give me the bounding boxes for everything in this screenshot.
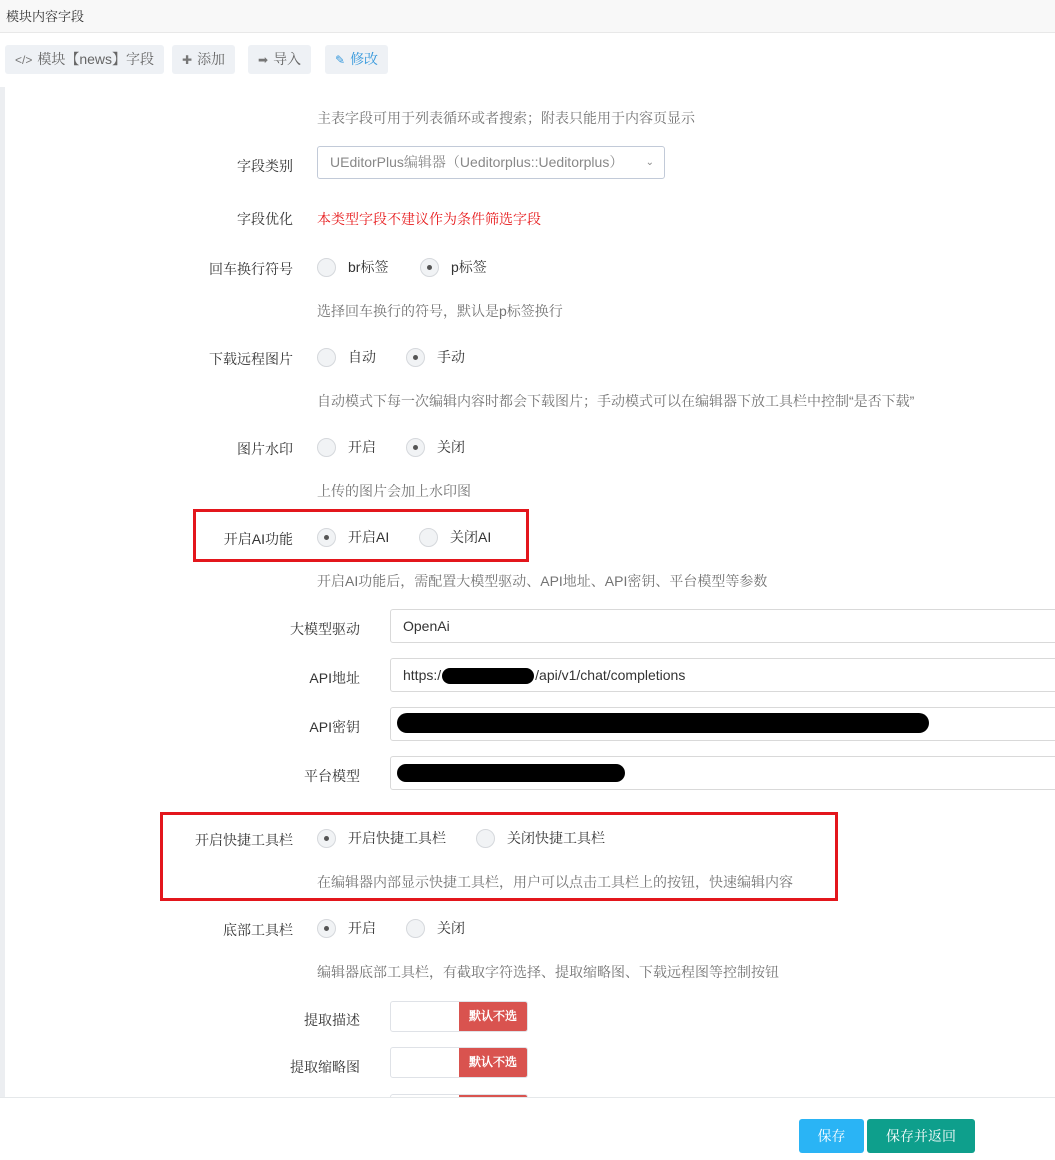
llm-driver-input[interactable]: OpenAi [390,609,1055,643]
ai-label: 开启AI功能 [224,529,293,549]
field-type-select[interactable]: UEditorPlus编辑器（Ueditorplus::Ueditorplus）… [317,146,665,179]
radio-checked-icon [406,438,425,457]
bottom-toolbar-label: 底部工具栏 [223,920,293,940]
quick-toolbar-label: 开启快捷工具栏 [195,830,293,850]
add-button[interactable]: ✚添加 [172,45,235,74]
extract-thumb-label: 提取缩略图 [290,1057,360,1077]
redaction-mark [397,713,929,733]
radio-circle-icon [419,528,438,547]
watermark-help: 上传的图片会加上水印图 [317,481,471,501]
api-url-input[interactable]: https://api/v1/chat/completions [390,658,1055,692]
field-opt-warning: 本类型字段不建议作为条件筛选字段 [317,209,541,229]
quick-toolbar-off-radio[interactable]: 关闭快捷工具栏 [476,828,605,848]
table-help-text: 主表字段可用于列表循环或者搜索；附表只能用于内容页显示 [317,108,695,128]
platform-model-label: 平台模型 [304,766,360,786]
save-button[interactable]: 保存 [799,1119,864,1153]
extract-desc-switch[interactable]: 默认不选 [390,1001,528,1032]
plus-icon: ✚ [182,46,192,75]
line-break-help: 选择回车换行的符号，默认是p标签换行 [317,301,563,321]
code-icon: </> [15,46,32,75]
redaction-mark [442,668,534,684]
watermark-on-radio[interactable]: 开启 [317,437,376,457]
remote-img-label: 下载远程图片 [209,349,293,369]
edit-icon: ✎ [335,46,345,75]
line-break-br-radio[interactable]: br标签 [317,257,388,277]
radio-circle-icon [406,919,425,938]
api-key-label: API密钥 [309,717,360,737]
toolbar: </>模块【news】字段 ✚添加 ➡导入 ✎修改 [0,33,1055,87]
radio-checked-icon [406,348,425,367]
radio-circle-icon [317,438,336,457]
form-footer: 保存 保存并返回 [0,1097,1055,1160]
radio-checked-icon [317,919,336,938]
quick-toolbar-help: 在编辑器内部显示快捷工具栏，用户可以点击工具栏上的按钮，快速编辑内容 [317,872,793,892]
ai-off-radio[interactable]: 关闭AI [419,527,491,547]
radio-checked-icon [317,528,336,547]
bottom-toolbar-help: 编辑器底部工具栏，有截取字符选择、提取缩略图、下载远程图等控制按钮 [317,962,779,982]
edit-button[interactable]: ✎修改 [325,45,388,74]
extract-thumb-switch[interactable]: 默认不选 [390,1047,528,1078]
remote-img-help: 自动模式下每一次编辑内容时都会下载图片；手动模式可以在编辑器下放工具栏中控制“是… [317,391,914,411]
radio-checked-icon [420,258,439,277]
radio-circle-icon [476,829,495,848]
watermark-label: 图片水印 [237,439,293,459]
ai-on-radio[interactable]: 开启AI [317,527,389,547]
line-break-label: 回车换行符号 [209,259,293,279]
bottom-toolbar-off-radio[interactable]: 关闭 [406,918,465,938]
remote-img-manual-radio[interactable]: 手动 [406,347,465,367]
bottom-toolbar-on-radio[interactable]: 开启 [317,918,376,938]
chevron-down-icon: ⌄ [646,147,654,178]
radio-circle-icon [317,258,336,277]
field-type-label: 字段类别 [237,156,293,176]
radio-checked-icon [317,829,336,848]
field-opt-label: 字段优化 [237,209,293,229]
api-url-label: API地址 [309,668,360,688]
module-fields-button[interactable]: </>模块【news】字段 [5,45,164,74]
form-content: 主表字段可用于列表循环或者搜索；附表只能用于内容页显示 字段类别 UEditor… [5,87,1055,1097]
page-title: 模块内容字段 [6,6,84,25]
import-button[interactable]: ➡导入 [248,45,311,74]
remote-img-auto-radio[interactable]: 自动 [317,347,376,367]
extract-desc-label: 提取描述 [304,1010,360,1030]
import-icon: ➡ [258,46,268,75]
radio-circle-icon [317,348,336,367]
line-break-p-radio[interactable]: p标签 [420,257,487,277]
save-and-return-button[interactable]: 保存并返回 [867,1119,975,1153]
llm-driver-label: 大模型驱动 [290,619,360,639]
page-header: 模块内容字段 [0,0,1055,33]
watermark-off-radio[interactable]: 关闭 [406,437,465,457]
ai-help: 开启AI功能后，需配置大模型驱动、API地址、API密钥、平台模型等参数 [317,571,767,591]
quick-toolbar-on-radio[interactable]: 开启快捷工具栏 [317,828,446,848]
redaction-mark [397,764,625,782]
